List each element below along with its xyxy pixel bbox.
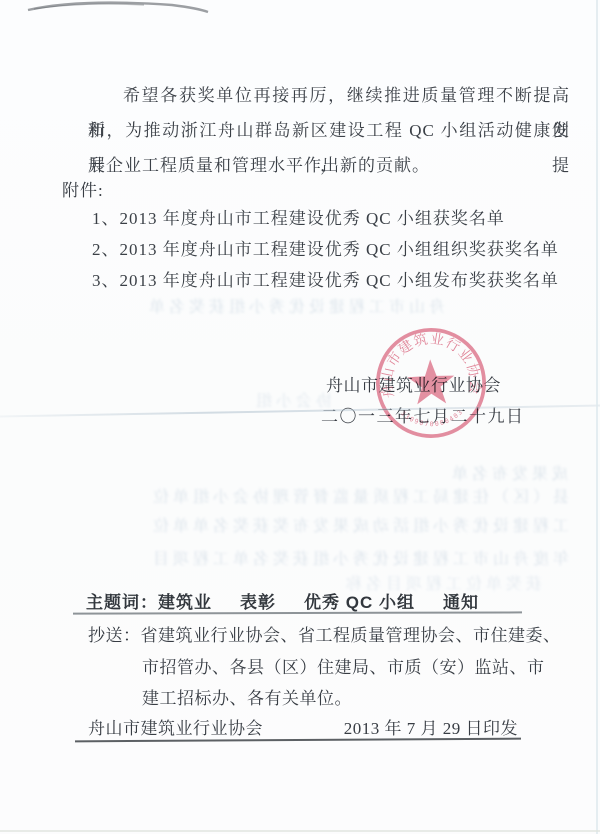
scanned-notice-page: 舟山市工程建设优秀小组获奖名单 协会小组 成果发布名单 县（区）住建局工程质量监…	[0, 0, 600, 834]
official-seal: 舟山市建筑业行业协会 3309070000403	[370, 322, 492, 444]
attachment-item: 2、2013 年度舟山市工程建设优秀 QC 小组组织奖获奖名单	[92, 235, 582, 266]
issuer-row: 舟山市建筑业行业协会 2013 年 7 月 29 日印发	[88, 714, 518, 739]
attachment-item: 3、2013 年度舟山市工程建设优秀 QC 小组发布奖获奖名单	[92, 266, 582, 297]
cc-label: 抄送：	[88, 626, 141, 645]
subject-term: 建筑业	[158, 593, 212, 612]
subject-divider-rule	[73, 611, 522, 614]
ghost-bleed-line: 舟山市工程建设优秀小组获奖名单	[145, 294, 445, 314]
ghost-bleed-line: 县（区）住建局工程质量监督管理协会小组单位	[64, 484, 569, 504]
scan-right-edge-artifact	[596, 0, 598, 834]
ghost-bleed-line: 工程建设优秀小组活动成果发布奖获奖名单单位	[64, 513, 569, 533]
cc-line-1: 抄送：省建筑业行业协会、省工程质量管理协会、市住建委、	[88, 621, 561, 646]
seal-number-arc-text: 3309070000403	[399, 407, 466, 429]
subject-term: 表彰	[240, 593, 276, 612]
ghost-bleed-line: 年度舟山市工程建设优秀小组获奖名单工程项目	[64, 546, 569, 566]
subject-term: 通知	[443, 593, 479, 612]
subject-keywords-row: 主题词：建筑业表彰优秀 QC 小组通知	[86, 588, 546, 613]
seal-star-icon	[407, 359, 455, 405]
main-paragraph: 希望各获奖单位再接再厉，继续推进质量管理不断提高和创 新，为推动浙江舟山群岛新区…	[88, 78, 570, 183]
paragraph-line: 希望各获奖单位再接再厉，继续推进质量管理不断提高和创	[88, 78, 570, 113]
cc-line-3: 建工招标办、各有关单位。	[142, 684, 352, 709]
scan-bottom-edge-artifact	[0, 830, 600, 832]
paragraph-line: 新，为推动浙江舟山群岛新区建设工程 QC 小组活动健康发展，提	[88, 113, 570, 148]
ghost-bleed-line: 成果发布名单	[408, 461, 568, 481]
svg-text:3309070000403: 3309070000403	[399, 407, 466, 429]
subject-label: 主题词：	[86, 593, 158, 612]
cc-text: 省建筑业行业协会、省工程质量管理协会、市住建委、	[141, 626, 561, 645]
attachments-list: 1、2013 年度舟山市工程建设优秀 QC 小组获奖名单 2、2013 年度舟山…	[92, 204, 582, 297]
cc-line-2: 市招管办、各县（区）住建局、市质（安）监站、市	[142, 653, 545, 678]
issuer-name: 舟山市建筑业行业协会	[88, 714, 263, 739]
print-date: 2013 年 7 月 29 日印发	[344, 714, 518, 739]
ghost-bleed-line: 协会小组	[232, 388, 332, 408]
attachments-label: 附件:	[62, 176, 104, 201]
scan-smudge-artifact	[24, 0, 224, 16]
attachment-item: 1、2013 年度舟山市工程建设优秀 QC 小组获奖名单	[92, 204, 582, 235]
subject-term: 优秀 QC 小组	[304, 593, 415, 612]
